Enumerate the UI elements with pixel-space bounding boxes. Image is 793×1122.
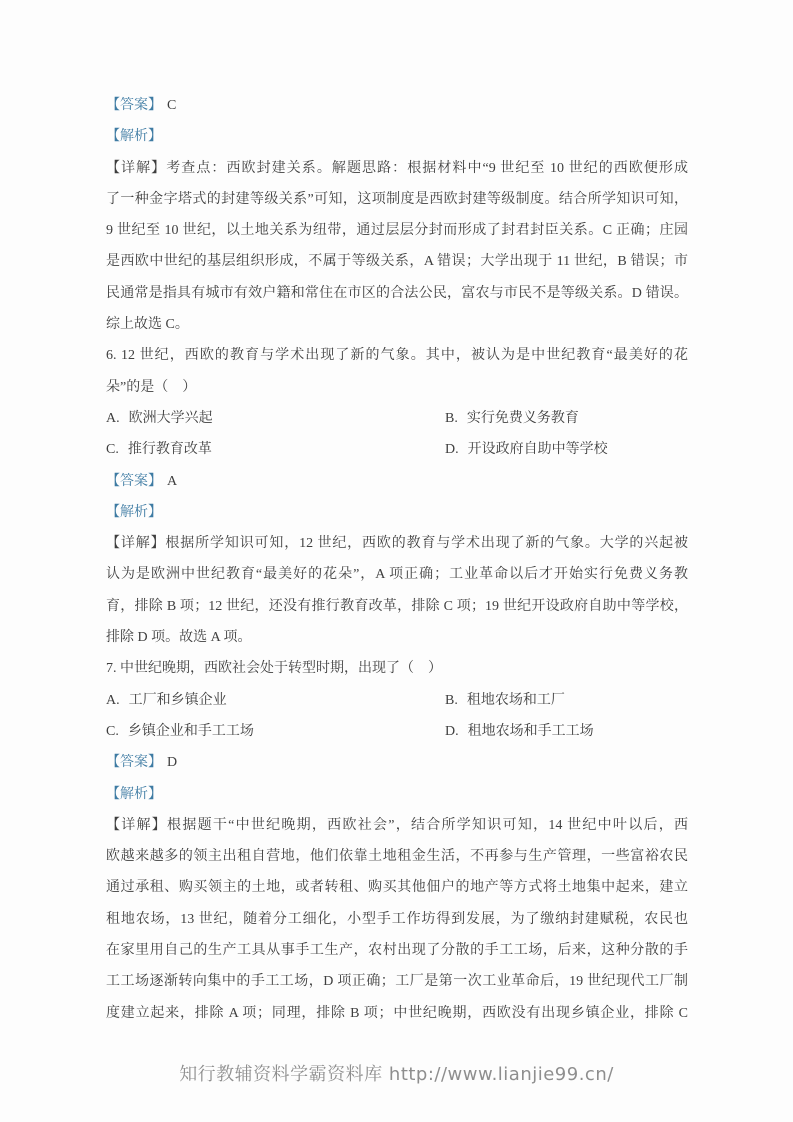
q7-detail-line-2: 欧越来越多的领主出租自营地，他们依靠土地租金生活，不再参与生产管理，一些富裕农民 [106,841,688,872]
q7-detail-line-7: 度建立起来，排除 A 项；同理，排除 B 项；中世纪晚期，西欧没有出现乡镇企业，… [106,998,688,1029]
q7-option-d-text: 租地农场和手工工场 [468,724,594,739]
q6-option-b-text: 实行免费义务教育 [467,411,579,426]
analysis-label: 【解析】 [106,787,162,802]
q7-option-b-text: 租地农场和工厂 [467,693,565,708]
q7-option-b: B.租地农场和工厂 [445,685,565,716]
q6-detail-line-4: 排除 D 项。故选 A 项。 [106,622,688,653]
q5-analysis-line: 【解析】 [106,121,688,152]
q5-detail-line-5: 民通常是指具有城市有效户籍和常住在市区的合法公民，富农与市民不是等级关系。D 错… [106,278,688,309]
q5-detail-line-1: 【详解】考查点：西欧封建关系。解题思路：根据材料中“9 世纪至 10 世纪的西欧… [106,153,688,184]
q6-option-d-text: 开设政府自助中等学校 [468,442,608,457]
answer-label: 【答案】 [106,98,162,113]
q7-detail-line-6: 工工场逐渐转向集中的手工工场，D 项正确；工厂是第一次工业革命后，19 世纪现代… [106,966,688,997]
q6-detail-line-2: 认为是欧洲中世纪教育“最美好的花朵”，A 项正确；工业革命以后才开始实行免费义务… [106,559,688,590]
q5-detail-line-3: 9 世纪至 10 世纪，以土地关系为纽带，通过层层分封而形成了封君封臣关系。C … [106,215,688,246]
q7-option-c: C.乡镇企业和手工工场 [106,716,445,747]
q6-option-b-label: B. [445,411,458,426]
q6-option-c-text: 推行教育改革 [128,442,212,457]
analysis-label: 【解析】 [106,129,162,144]
q6-options-row-cd: C.推行教育改革 D.开设政府自助中等学校 [106,434,688,465]
q7-detail-line-1: 【详解】根据题干“中世纪晚期，西欧社会”，结合所学知识可知，14 世纪中叶以后，… [106,810,688,841]
page-footer: 知行教辅资料学霸资料库 http://www.lianjie99.cn/ [0,1060,793,1086]
q7-option-c-text: 乡镇企业和手工工场 [128,724,254,739]
q5-answer-line: 【答案】C [106,90,688,121]
q7-options-row-ab: A.工厂和乡镇企业 B.租地农场和工厂 [106,685,688,716]
q5-detail-line-2: 了一种金字塔式的封建等级关系”可知，这项制度是西欧封建等级制度。结合所学知识可知… [106,184,688,215]
q6-option-c: C.推行教育改革 [106,434,445,465]
q7-options-row-cd: C.乡镇企业和手工工场 D.租地农场和手工工场 [106,716,688,747]
q7-answer-line: 【答案】D [106,747,688,778]
q6-option-d-label: D. [445,442,459,457]
q6-option-a-label: A. [106,411,120,426]
q5-detail-line-4: 是西欧中世纪的基层组织形成，不属于等级关系，A 错误；大学出现于 11 世纪，B… [106,246,688,277]
q7-option-d-label: D. [445,724,459,739]
q7-stem-line-1: 7. 中世纪晚期，西欧社会处于转型时期，出现了（ ） [106,653,688,684]
q6-stem-line-2: 朵”的是（ ） [106,372,688,403]
q7-analysis-line: 【解析】 [106,779,688,810]
q6-analysis-line: 【解析】 [106,497,688,528]
q7-option-d: D.租地农场和手工工场 [445,716,594,747]
q6-option-d: D.开设政府自助中等学校 [445,434,608,465]
q6-options-row-ab: A.欧洲大学兴起 B.实行免费义务教育 [106,403,688,434]
q7-detail-line-3: 通过承租、购买领主的土地，或者转租、购买其他佃户的地产等方式将土地集中起来，建立 [106,872,688,903]
q6-detail-line-3: 育，排除 B 项；12 世纪，还没有推行教育改革，排除 C 项；19 世纪开设政… [106,591,688,622]
q7-option-b-label: B. [445,693,458,708]
q6-option-c-label: C. [106,442,119,457]
q6-detail-line-1: 【详解】根据所学知识可知，12 世纪，西欧的教育与学术出现了新的气象。大学的兴起… [106,528,688,559]
document-page: 【答案】C 【解析】 【详解】考查点：西欧封建关系。解题思路：根据材料中“9 世… [0,0,793,1122]
answer-label: 【答案】 [106,755,162,770]
q6-option-a-text: 欧洲大学兴起 [129,411,213,426]
q7-option-c-label: C. [106,724,119,739]
q6-option-a: A.欧洲大学兴起 [106,403,445,434]
q5-answer-value: C [167,98,176,113]
q7-answer-value: D [167,755,177,770]
q7-detail-line-5: 在家里用自己的生产工具从事手工生产，农村出现了分散的手工工场，后来，这种分散的手 [106,935,688,966]
page-content: 【答案】C 【解析】 【详解】考查点：西欧封建关系。解题思路：根据材料中“9 世… [106,90,688,1029]
q7-option-a-text: 工厂和乡镇企业 [129,693,227,708]
q7-option-a: A.工厂和乡镇企业 [106,685,445,716]
answer-label: 【答案】 [106,474,162,489]
q6-answer-line: 【答案】A [106,466,688,497]
q7-detail-line-4: 租地农场，13 世纪，随着分工细化，小型手工作坊得到发展，为了缴纳封建赋税，农民… [106,904,688,935]
analysis-label: 【解析】 [106,505,162,520]
q6-answer-value: A [167,474,177,489]
q6-option-b: B.实行免费义务教育 [445,403,579,434]
q7-option-a-label: A. [106,693,120,708]
q5-detail-line-6: 综上故选 C。 [106,309,688,340]
q6-stem-line-1: 6. 12 世纪，西欧的教育与学术出现了新的气象。其中，被认为是中世纪教育“最美… [106,340,688,371]
